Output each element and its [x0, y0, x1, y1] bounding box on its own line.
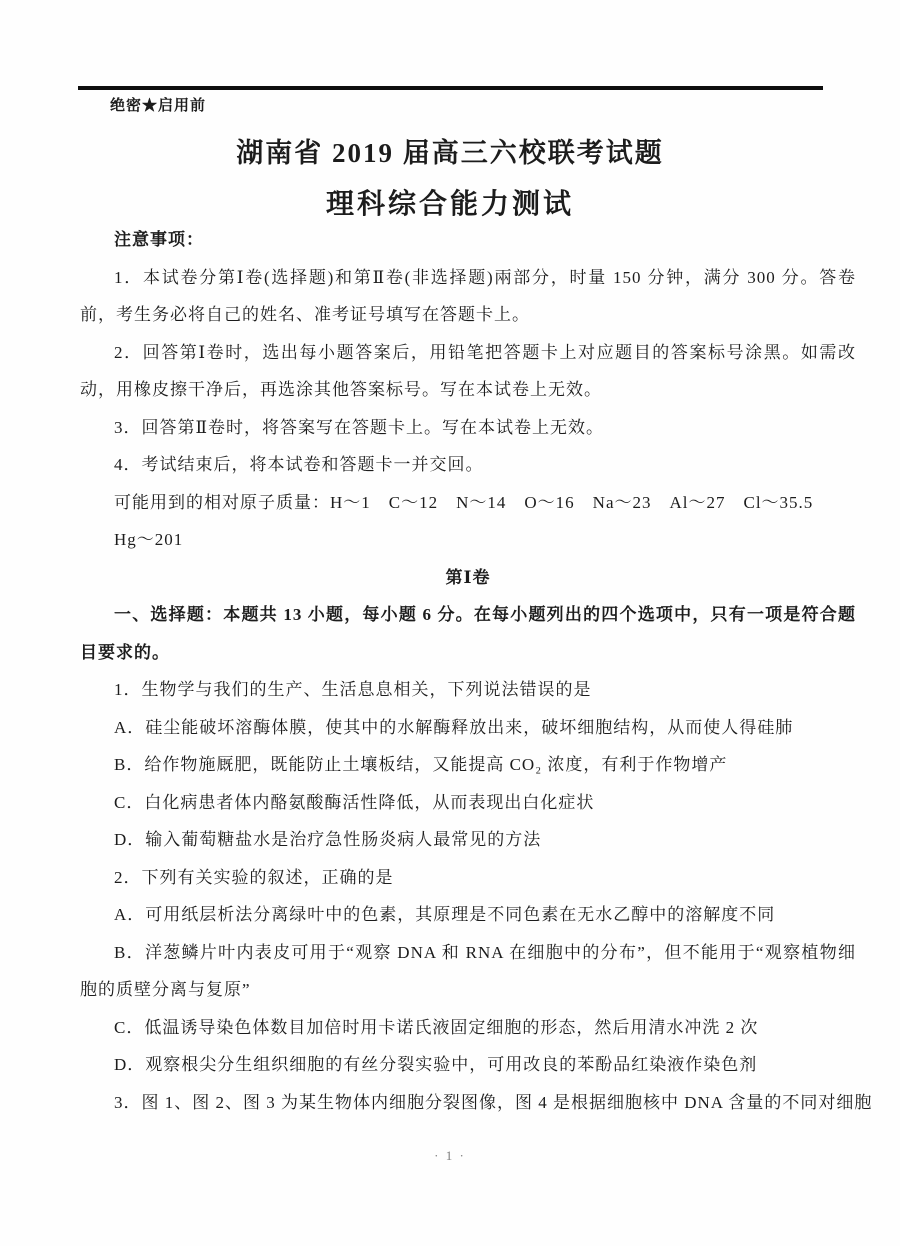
notice-item-1: 1．本试卷分第Ⅰ卷(选择题)和第Ⅱ卷(非选择题)兩部分，时量 150 分钟，满分… [80, 259, 856, 334]
exam-paper-page: 绝密★启用前 湖南省 2019 届高三六校联考试题 理科综合能力测试 注意事项：… [0, 0, 900, 1246]
classification-label: 绝密★启用前 [110, 94, 206, 115]
notice-item-4: 4．考试结束后，将本试卷和答题卡一并交回。 [80, 446, 856, 484]
question-1-stem: 1．生物学与我们的生产、生活息息相关，下列说法错误的是 [80, 671, 856, 709]
question-1-option-d: D．输入葡萄糖盐水是治疗急性肠炎病人最常见的方法 [80, 821, 856, 859]
question-2-option-a: A．可用纸层析法分离绿叶中的色素，其原理是不同色素在无水乙醇中的溶解度不同 [80, 896, 856, 934]
question-2-option-d: D．观察根尖分生组织细胞的有丝分裂实验中，可用改良的苯酚品红染液作染色剂 [80, 1046, 856, 1084]
notice-item-2: 2．回答第Ⅰ卷时，选出每小题答案后，用铅笔把答题卡上对应题目的答案标号涂黑。如需… [80, 334, 856, 409]
question-1-option-b: B．给作物施厩肥，既能防止土壤板结，又能提高 CO₂ 浓度，有利于作物增产 [80, 746, 856, 784]
question-3-stem: 3．图 1、图 2、图 3 为某生物体内细胞分裂图像，图 4 是根据细胞核中 D… [80, 1084, 856, 1122]
question-1-option-a: A．硅尘能破坏溶酶体膜，使其中的水解酶释放出来，破坏细胞结构，从而使人得硅肺 [80, 709, 856, 747]
document-body: 注意事项： 1．本试卷分第Ⅰ卷(选择题)和第Ⅱ卷(非选择题)兩部分，时量 150… [80, 221, 856, 1121]
exam-subtitle: 理科综合能力测试 [0, 182, 900, 222]
atomic-mass-continuation: Hg～201 [80, 521, 856, 559]
page-number: · 1 · [0, 1148, 900, 1164]
exam-title: 湖南省 2019 届高三六校联考试题 [0, 131, 900, 170]
header-rule [78, 86, 823, 90]
notice-heading: 注意事项： [80, 221, 856, 259]
atomic-mass-line: 可能用到的相对原子质量：H～1 C～12 N～14 O～16 Na～23 Al～… [80, 484, 856, 522]
notice-item-3: 3．回答第Ⅱ卷时，将答案写在答题卡上。写在本试卷上无效。 [80, 409, 856, 447]
question-2-stem: 2．下列有关实验的叙述，正确的是 [80, 859, 856, 897]
section-instruction: 一、选择题：本题共 13 小题，每小题 6 分。在每小题列出的四个选项中，只有一… [80, 596, 856, 671]
question-1-option-c: C．白化病患者体内酪氨酸酶活性降低，从而表现出白化症状 [80, 784, 856, 822]
question-2-option-c: C．低温诱导染色体数目加倍时用卡诺氏液固定细胞的形态，然后用清水冲洗 2 次 [80, 1009, 856, 1047]
question-2-option-b: B．洋葱鳞片叶内表皮可用于“观察 DNA 和 RNA 在细胞中的分布”，但不能用… [80, 934, 856, 1009]
volume-heading: 第Ⅰ卷 [80, 559, 856, 597]
